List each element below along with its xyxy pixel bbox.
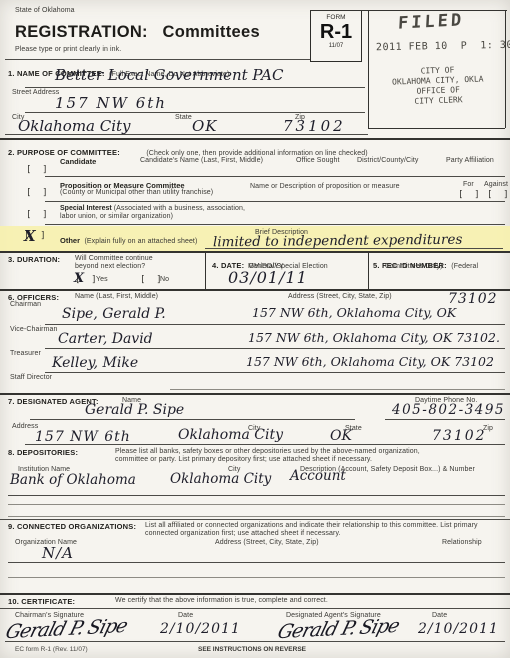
section7-top-line xyxy=(0,393,510,395)
connected-instructions-1: List all affiliated or connected organiz… xyxy=(145,522,478,529)
district-header: District/County/City xyxy=(357,157,419,164)
agent-date-value: 2/10/2011 xyxy=(418,621,499,637)
election-date-value: 03/01/11 xyxy=(228,268,308,287)
vice-chairman-address-value: 157 NW 6th, Oklahoma City, OK 73102. xyxy=(248,330,500,345)
section5-note-2: Committees Only) xyxy=(385,263,443,270)
organization-blank-line xyxy=(8,577,505,578)
depositories-instructions-1: Please list all banks, safety boxes or o… xyxy=(115,448,420,455)
officers-address-header: Address (Street, City, State, Zip) xyxy=(288,293,392,300)
certificate-statement: We certify that the above information is… xyxy=(115,597,328,604)
signature-row-underline xyxy=(5,641,505,642)
organization-name-value: N/A xyxy=(42,544,74,562)
treasurer-name-value: Kelley, Mike xyxy=(52,355,138,371)
section10-top-line xyxy=(0,593,510,595)
depository-blank-line-1 xyxy=(8,504,505,505)
filed-stamp-datetime: 2011 FEB 10 P 1: 30 xyxy=(376,40,510,53)
duration-yes-x-mark: X xyxy=(74,271,84,286)
section5-note-1: (Federal xyxy=(451,263,478,270)
for-checkbox: [ ] xyxy=(458,190,480,200)
section6-top-line xyxy=(0,289,510,291)
against-checkbox: [ ] xyxy=(487,190,509,200)
duration-yes-label: Yes xyxy=(96,276,108,283)
special-interest-checkbox: [ ] xyxy=(26,210,48,220)
agent-name-underline xyxy=(30,419,355,420)
vice-chairman-role-label: Vice-Chairman xyxy=(10,326,57,333)
chairman-date-label: Date xyxy=(178,612,193,619)
city-row-underline xyxy=(5,134,368,135)
section2-top-line xyxy=(0,138,510,140)
scanned-form-r1: State of Oklahoma REGISTRATION: Committe… xyxy=(0,0,510,658)
chairman-row-underline xyxy=(45,324,505,325)
staff-director-row-underline xyxy=(170,389,505,390)
other-sublabel: (Explain fully on an attached sheet) xyxy=(84,238,197,245)
page-title: REGISTRATION: Committees xyxy=(15,23,260,42)
agent-address-underline xyxy=(25,444,505,445)
depository-description-value: Account xyxy=(290,468,346,484)
footer-form-reference: EC form R-1 (Rev. 11/07) xyxy=(15,646,88,653)
for-label: For xyxy=(463,181,474,188)
state-value: OK xyxy=(192,117,218,135)
street-address-value: 157 NW 6th xyxy=(55,94,167,112)
form-revision: 11/07 xyxy=(311,43,361,49)
officers-name-header: Name (Last, First, Middle) xyxy=(75,293,158,300)
agent-zip-value: 73102 xyxy=(432,428,487,444)
print-instruction: Please type or print clearly in ink. xyxy=(15,46,121,53)
special-row-underline xyxy=(45,224,505,225)
candidate-row-underline xyxy=(45,176,505,177)
agent-address-value: 157 NW 6th xyxy=(35,429,131,445)
office-sought-header: Office Sought xyxy=(296,157,340,164)
section9-top-line xyxy=(0,519,510,520)
duration-no-checkbox: [ ] xyxy=(140,275,162,285)
special-interest-sublabel-2: labor union, or similar organization) xyxy=(60,213,173,220)
proposition-checkbox: [ ] xyxy=(26,188,48,198)
proposition-row-underline xyxy=(45,201,505,202)
chairman-role-label: Chairman xyxy=(10,301,41,308)
other-description-underline xyxy=(205,248,503,249)
against-label: Against xyxy=(484,181,508,188)
street-address-underline xyxy=(25,112,365,113)
duration-no-label: No xyxy=(160,276,169,283)
agent-name-value: Gerald P. Sipe xyxy=(85,402,184,418)
chairman-name-value: Sipe, Gerald P. xyxy=(62,306,166,322)
section3-top-line xyxy=(0,251,510,253)
committee-name-underline xyxy=(25,87,365,88)
other-label: Other xyxy=(60,236,80,245)
stamp-box-bottom-line xyxy=(368,128,505,129)
vice-chairman-name-value: Carter, David xyxy=(58,331,153,347)
stamp-box-top-line xyxy=(310,10,507,11)
agent-phone-value: 405-802-3495 xyxy=(392,402,505,418)
divider-3-4 xyxy=(205,251,206,289)
staff-director-role-label: Staff Director xyxy=(10,374,52,381)
institution-name-value: Bank of Oklahoma xyxy=(10,472,136,488)
party-header: Party Affiliation xyxy=(446,157,494,164)
state-line: State of Oklahoma xyxy=(15,7,75,14)
duration-question-2: beyond next election? xyxy=(75,263,145,270)
section2-heading-note: (Check only one, then provide additional… xyxy=(146,150,367,157)
form-number-box: FORM R-1 11/07 xyxy=(310,10,362,62)
depositories-instructions-2: committee or party. List primary deposit… xyxy=(115,456,372,463)
form-number: R-1 xyxy=(311,21,361,43)
chairman-date-value: 2/10/2011 xyxy=(160,621,241,637)
treasurer-address-value: 157 NW 6th, Oklahoma City, OK 73102 xyxy=(246,354,494,369)
stamp-box-right-line xyxy=(505,10,506,128)
treasurer-row-underline xyxy=(45,372,505,373)
footer-instructions-note: SEE INSTRUCTIONS ON REVERSE xyxy=(198,646,306,653)
depository-blank-line-2 xyxy=(8,516,505,517)
organization-address-header: Address (Street, City, State, Zip) xyxy=(215,539,319,546)
duration-question-1: Will Committee continue xyxy=(75,255,153,262)
agent-phone-underline xyxy=(385,419,505,420)
agent-state-value: OK xyxy=(330,428,352,444)
zip-value: 73102 xyxy=(283,117,346,135)
chairman-address-value: 157 NW 6th, Oklahoma City, OK xyxy=(252,305,456,320)
relationship-header: Relationship xyxy=(442,539,482,546)
filed-stamp-org: CITY OF OKLAHOMA CITY, OKLA OFFICE OF CI… xyxy=(371,64,504,109)
vice-chairman-row-underline xyxy=(45,348,505,349)
form-box-label: FORM xyxy=(311,14,361,21)
committee-name-value: Better Local Government PAC xyxy=(55,66,283,84)
city-value: Oklahoma City xyxy=(18,117,131,135)
street-address-label: Street Address xyxy=(12,89,59,96)
proposition-sublabel: (County or Municipal other than utility … xyxy=(60,189,213,196)
other-checkbox-x-mark: X xyxy=(24,227,36,245)
candidate-name-header: Candidate's Name (Last, First, Middle) xyxy=(140,157,263,164)
section9-heading: 9. CONNECTED ORGANIZATIONS: xyxy=(8,522,136,531)
stamp-box-left-line xyxy=(368,10,369,128)
depository-row-underline xyxy=(8,495,505,496)
agent-date-label: Date xyxy=(432,612,447,619)
section1-top-line xyxy=(5,59,310,60)
depository-city-value: Oklahoma City xyxy=(170,471,271,487)
special-interest-label: Special Interest xyxy=(60,205,112,212)
special-interest-sublabel-1: (Associated with a business, association… xyxy=(114,205,245,212)
candidate-label: Candidate xyxy=(60,157,96,166)
section8-heading: 8. DEPOSITORIES: xyxy=(8,448,78,457)
section10-heading: 10. CERTIFICATE: xyxy=(8,597,75,606)
treasurer-role-label: Treasurer xyxy=(10,350,41,357)
candidate-checkbox: [ ] xyxy=(26,165,48,175)
proposition-desc-header: Name or Description of proposition or me… xyxy=(250,183,400,190)
filed-stamp-text: FILED xyxy=(398,10,465,34)
divider-4-5 xyxy=(368,251,369,289)
signature-area-top-line xyxy=(0,608,510,609)
connected-instructions-2: connected organization first; use attach… xyxy=(145,530,341,537)
state-label: State xyxy=(175,114,192,121)
organization-row-underline xyxy=(8,562,505,563)
agent-city-value: Oklahoma City xyxy=(178,427,283,443)
section3-heading: 3. DURATION: xyxy=(8,255,60,264)
section2-heading: 2. PURPOSE OF COMMITTEE: xyxy=(8,148,120,157)
